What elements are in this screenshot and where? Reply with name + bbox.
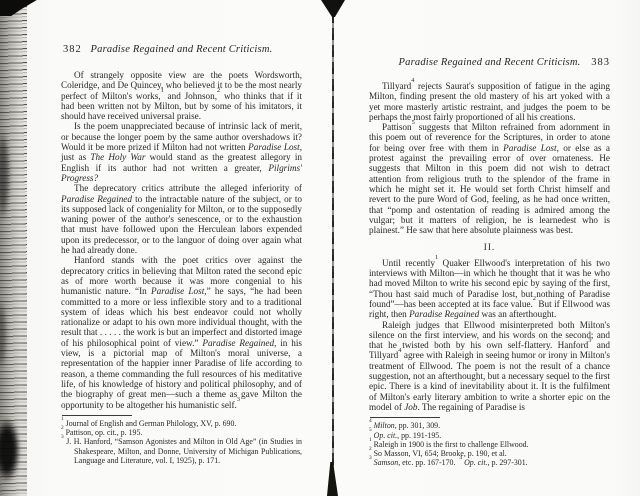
page-number-right: 383: [591, 57, 610, 68]
footnote: 1 Raleigh in 1900 is the first to challe…: [369, 440, 610, 449]
running-title-left: Paradise Regained and Recent Criticism.: [61, 44, 302, 55]
paragraph: Of strangely opposite view are the poets…: [61, 70, 302, 121]
book-scan: 382 Paradise Regained and Recent Critici…: [0, 0, 640, 496]
paragraph: Pattison5 suggests that Milton refrained…: [369, 122, 610, 235]
paragraph: Tillyard4 rejects Saurat's supposition o…: [369, 81, 610, 122]
footnote: 4 Milton, pp. 301, 309.: [369, 421, 610, 430]
footnotes-left: 1 Journal of English and German Philolog…: [61, 419, 302, 465]
paragraph: Until recently1 Quaker Ellwood's interpr…: [369, 258, 610, 320]
page-header-right: 383 Paradise Regained and Recent Critici…: [369, 57, 610, 70]
page-header-left: 382 Paradise Regained and Recent Critici…: [61, 44, 302, 57]
page-gutter-shadow-bottom: [327, 462, 338, 496]
footnote-rule-left: [62, 415, 132, 416]
footnotes-right: 4 Milton, pp. 301, 309.5 Op. cit., pp. 1…: [369, 421, 610, 467]
running-title-right: Paradise Regained and Recent Criticism.: [369, 57, 610, 68]
page-left: 382 Paradise Regained and Recent Critici…: [61, 0, 302, 496]
footnote: 1 Journal of English and German Philolog…: [61, 419, 302, 428]
footnote-rule-right: [370, 417, 440, 418]
page-right: 383 Paradise Regained and Recent Critici…: [369, 0, 610, 496]
page-gutter-shadow: [332, 0, 334, 496]
page-gutter-shadow-top: [321, 0, 345, 17]
page-body-left: Of strangely opposite view are the poets…: [61, 70, 302, 410]
footnote: 2 So Masson, VI, 654; Brooke, p. 190, et…: [369, 449, 610, 458]
footnote: 5 Op. cit., pp. 191-195.: [369, 431, 610, 440]
footnote: 3 Samson, etc. pp. 167-170. 4 Op. cit., …: [369, 458, 610, 467]
paragraph: Hanford stands with the poet critics ove…: [61, 255, 302, 409]
paragraph: The deprecatory critics attribute the al…: [61, 183, 302, 255]
footnote: 2 Pattison, op. cit., p. 195.: [61, 428, 302, 437]
section-heading: II.: [369, 242, 610, 252]
paragraph: Is the poem unappreciated because of int…: [61, 121, 302, 183]
page-number-left: 382: [63, 44, 82, 55]
paragraph: Raleigh judges that Ellwood misinterpret…: [369, 320, 610, 413]
page-body-right: Tillyard4 rejects Saurat's supposition o…: [369, 81, 610, 412]
footnote: 3 J. H. Hanford, “Samson Agonistes and M…: [61, 437, 302, 465]
